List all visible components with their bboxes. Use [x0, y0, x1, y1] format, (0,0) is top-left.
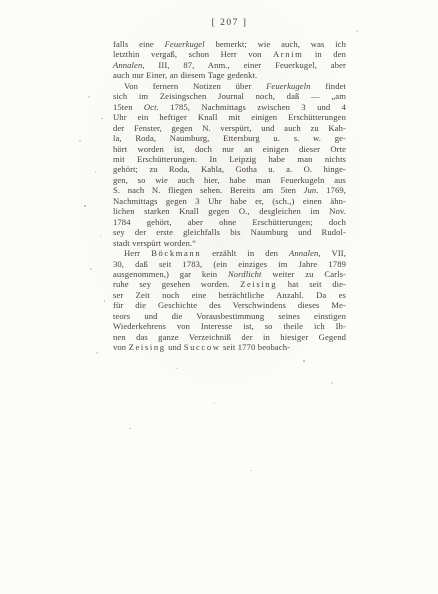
text-line: sich im Zeisingschen Journal noch, daß —… — [113, 91, 346, 101]
text-line: falls eine Feuerkugel bemerkt; wie auch,… — [113, 39, 346, 49]
scan-speck — [100, 236, 102, 237]
text-line: 15ten Oct. 1785, Nachmittags zwischen 3 … — [113, 102, 346, 112]
body-text: teors und die Vorausbestimmung seines ei… — [113, 311, 346, 321]
text-line: nen das ganze Verzeichniß der in hiesige… — [113, 332, 346, 342]
text-line: teors und die Vorausbestimmung seines ei… — [113, 311, 346, 321]
body-text: letzthin vergaß, schon Herr von — [113, 49, 273, 59]
body-text: gen, so wie auch hier, habe man Feuerkug… — [113, 175, 346, 185]
scanned-page: [ 207 ] falls eine Feuerkugel bemerkt; w… — [0, 0, 438, 594]
text-line: Wiederkehrens von Interesse ist, so thei… — [113, 321, 346, 331]
body-text: ausgenommen,) gar kein — [113, 269, 228, 279]
body-text: 1784 gehört, aber ohne Erschütterungen; … — [113, 217, 346, 227]
body-text: hat seit die- — [277, 279, 346, 289]
body-text: weiter zu Carls- — [261, 269, 346, 279]
text-line: letzthin vergaß, schon Herr von Arnim in… — [113, 49, 346, 59]
body-text: , III, 87, Anm., einer Feuerkugel, aber — [142, 60, 346, 70]
body-text: sey der erste gleichfalls bis Naumburg u… — [113, 227, 346, 237]
body-text: sich im Zeisingschen Journal noch, daß —… — [113, 91, 346, 101]
body-text: findet — [311, 81, 346, 91]
scan-speck — [214, 402, 215, 404]
body-text: stadt verspürt worden.“ — [113, 238, 196, 248]
scan-speck — [303, 360, 305, 362]
italic-text: Feuerkugeln — [266, 81, 311, 91]
text-line: Nachmittags gegen 3 Uhr habe er, (sch.,)… — [113, 196, 346, 206]
body-text: Uhr ein heftiger Knall mit einigen Ersch… — [113, 112, 346, 122]
text-line: hört worden ist, doch nur an einigen die… — [113, 144, 346, 154]
body-text: ruhe sey gesehen worden. — [113, 279, 240, 289]
scan-speck — [101, 118, 103, 119]
text-line: lichen starken Knall gegen O., desgleich… — [113, 206, 346, 216]
text-line: la, Roda, Naumburg, Ettersburg u. s. w. … — [113, 133, 346, 143]
body-text: seit 1770 beobach- — [221, 342, 291, 352]
scan-speck — [90, 268, 92, 270]
text-line: ausgenommen,) gar kein Nordlicht weiter … — [113, 269, 346, 279]
text-line: gen, so wie auch hier, habe man Feuerkug… — [113, 175, 346, 185]
scan-speck — [250, 470, 252, 471]
body-text: 15ten — [113, 102, 144, 112]
text-line: Von fernern Notizen über Feuerkugeln fin… — [113, 81, 346, 91]
text-block: falls eine Feuerkugel bemerkt; wie auch,… — [113, 39, 346, 353]
body-text: für die Geschichte des Verschwindens die… — [113, 300, 346, 310]
body-text: 30, daß seit 1783, (ein einziges im Jahr… — [113, 259, 346, 269]
spaced-name-text: Böckmann — [151, 248, 201, 258]
text-line: Herr Böckmann erzählt in den Annalen, VI… — [113, 248, 346, 258]
body-text: Herr — [124, 248, 151, 258]
body-text: la, Roda, Naumburg, Ettersburg u. s. w. … — [113, 133, 346, 143]
body-text: Von fernern Notizen über — [124, 81, 266, 91]
body-text: 1785, Nachmittags zwischen 3 und 4 — [159, 102, 346, 112]
scan-speck — [84, 205, 86, 207]
text-line: 30, daß seit 1783, (ein einziges im Jahr… — [113, 259, 346, 269]
italic-text: Annalen — [113, 60, 142, 70]
italic-text: Nordlicht — [228, 269, 262, 279]
body-text: hört worden ist, doch nur an einigen die… — [113, 144, 346, 154]
scan-speck — [96, 352, 98, 354]
text-line: S. nach N. fliegen sehen. Bereits am 5te… — [113, 185, 346, 195]
italic-text: Jun. — [304, 185, 319, 195]
text-line: der Fenster, gegen N. verspürt, und auch… — [113, 123, 346, 133]
body-text: , VII, — [318, 248, 346, 258]
scan-speck — [104, 300, 105, 302]
text-line: 1784 gehört, aber ohne Erschütterungen; … — [113, 217, 346, 227]
scan-speck — [129, 428, 131, 429]
text-line: ruhe sey gesehen worden. Zeising hat sei… — [113, 279, 346, 289]
text-line: von Zeising und Succow seit 1770 beobach… — [113, 342, 346, 352]
body-text: ser Zeit noch eine beträchtliche Anzahl.… — [113, 290, 346, 300]
italic-text: Oct. — [144, 102, 159, 112]
text-line: stadt verspürt worden.“ — [113, 238, 346, 248]
body-text: 1769, — [319, 185, 346, 195]
body-text: der Fenster, gegen N. verspürt, und auch… — [113, 123, 346, 133]
page-number: [ 207 ] — [113, 18, 346, 28]
text-line: mit Erschütterungen. In Leipzig habe man… — [113, 154, 346, 164]
italic-text: Feuerkugel — [165, 39, 205, 49]
body-text: S. nach N. fliegen sehen. Bereits am 5te… — [113, 185, 304, 195]
text-line: ser Zeit noch eine beträchtliche Anzahl.… — [113, 290, 346, 300]
scan-speck — [356, 30, 358, 32]
body-text: bemerkt; wie auch, was ich — [205, 39, 346, 49]
text-line: sey der erste gleichfalls bis Naumburg u… — [113, 227, 346, 237]
body-text: lichen starken Knall gegen O., desgleich… — [113, 206, 346, 216]
body-text: erzählt in den — [201, 248, 289, 258]
scan-speck — [331, 382, 333, 384]
body-text: falls eine — [113, 39, 165, 49]
text-line: Annalen, III, 87, Anm., einer Feuerkugel… — [113, 60, 346, 70]
text-line: gehört; zu Roda, Kahla, Gotha u. a. O. h… — [113, 164, 346, 174]
scan-speck — [95, 171, 96, 173]
spaced-name-text: Zeising — [240, 279, 277, 289]
scan-speck — [79, 140, 81, 142]
text-line: auch nur Einer, an diesem Tage gedenkt. — [113, 70, 346, 80]
body-text: in den — [303, 49, 346, 59]
body-text: und — [166, 342, 184, 352]
spaced-name-text: Arnim — [273, 49, 303, 59]
spaced-name-text: Succow — [184, 342, 221, 352]
spaced-name-text: Zeising — [129, 342, 166, 352]
body-text: auch nur Einer, an diesem Tage gedenkt. — [113, 70, 257, 80]
body-text: Nachmittags gegen 3 Uhr habe er, (sch.,)… — [113, 196, 346, 206]
scan-speck — [88, 96, 90, 98]
body-text: gehört; zu Roda, Kahla, Gotha u. a. O. h… — [113, 164, 346, 174]
body-text: nen das ganze Verzeichniß der in hiesige… — [113, 332, 346, 342]
body-text: Wiederkehrens von Interesse ist, so thei… — [113, 321, 346, 331]
scan-speck — [176, 368, 178, 369]
text-line: Uhr ein heftiger Knall mit einigen Ersch… — [113, 112, 346, 122]
italic-text: Annalen — [289, 248, 318, 258]
body-text: mit Erschütterungen. In Leipzig habe man… — [113, 154, 346, 164]
text-line: für die Geschichte des Verschwindens die… — [113, 300, 346, 310]
body-text: von — [113, 342, 129, 352]
